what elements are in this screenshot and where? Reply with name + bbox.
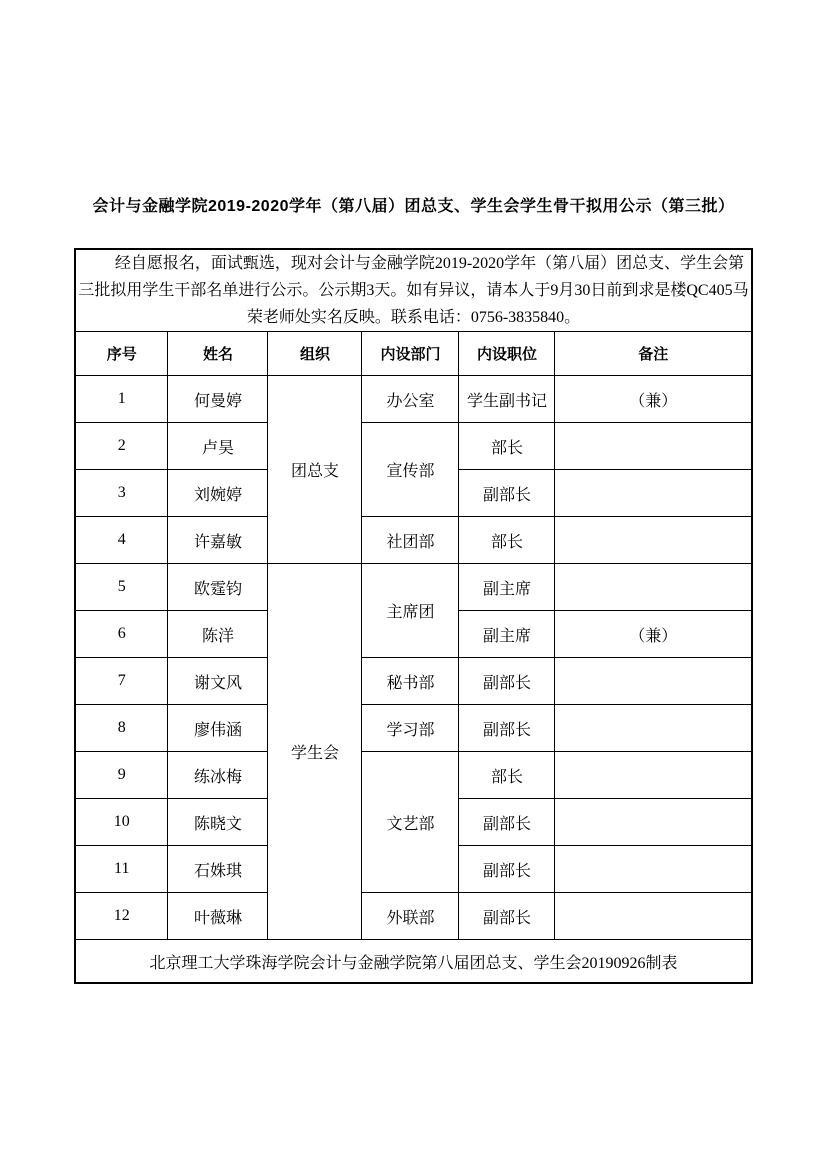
cell-note — [555, 799, 752, 846]
roster-table: 经自愿报名，面试甄选，现对会计与金融学院2019-2020学年（第八届）团总支、… — [74, 248, 753, 984]
col-header-name: 姓名 — [168, 332, 268, 376]
cell-no: 6 — [75, 611, 168, 658]
cell-name: 谢文风 — [168, 658, 268, 705]
cell-no: 5 — [75, 564, 168, 611]
cell-note — [555, 705, 752, 752]
cell-no: 12 — [75, 893, 168, 940]
cell-dept: 宣传部 — [362, 423, 459, 517]
cell-position: 副部长 — [459, 658, 555, 705]
intro-paragraph: 经自愿报名，面试甄选，现对会计与金融学院2019-2020学年（第八届）团总支、… — [75, 249, 752, 332]
cell-dept: 学习部 — [362, 705, 459, 752]
cell-org: 学生会 — [268, 564, 362, 940]
cell-position: 副部长 — [459, 705, 555, 752]
cell-name: 卢昊 — [168, 423, 268, 470]
page-title: 会计与金融学院2019-2020学年（第八届）团总支、学生会学生骨干拟用公示（第… — [0, 196, 827, 217]
cell-note: （兼） — [555, 611, 752, 658]
table-row: 1 何曼婷 团总支 办公室 学生副书记 （兼） — [75, 376, 752, 423]
table-footer: 北京理工大学珠海学院会计与金融学院第八届团总支、学生会20190926制表 — [75, 940, 752, 984]
cell-note — [555, 423, 752, 470]
table-row: 4 许嘉敏 社团部 部长 — [75, 517, 752, 564]
cell-no: 8 — [75, 705, 168, 752]
cell-name: 陈洋 — [168, 611, 268, 658]
document-page: 会计与金融学院2019-2020学年（第八届）团总支、学生会学生骨干拟用公示（第… — [0, 0, 827, 1169]
cell-position: 副部长 — [459, 846, 555, 893]
cell-name: 叶薇琳 — [168, 893, 268, 940]
table-row: 9 练冰梅 文艺部 部长 — [75, 752, 752, 799]
cell-name: 许嘉敏 — [168, 517, 268, 564]
col-header-position: 内设职位 — [459, 332, 555, 376]
cell-no: 9 — [75, 752, 168, 799]
cell-note: （兼） — [555, 376, 752, 423]
cell-no: 11 — [75, 846, 168, 893]
cell-position: 副主席 — [459, 564, 555, 611]
cell-name: 欧霆钧 — [168, 564, 268, 611]
cell-position: 副部长 — [459, 799, 555, 846]
cell-dept: 办公室 — [362, 376, 459, 423]
col-header-no: 序号 — [75, 332, 168, 376]
table-row: 8 廖伟涵 学习部 副部长 — [75, 705, 752, 752]
cell-note — [555, 893, 752, 940]
cell-note — [555, 846, 752, 893]
cell-dept: 主席团 — [362, 564, 459, 658]
col-header-dept: 内设部门 — [362, 332, 459, 376]
cell-name: 石姝琪 — [168, 846, 268, 893]
cell-no: 2 — [75, 423, 168, 470]
cell-note — [555, 752, 752, 799]
cell-no: 4 — [75, 517, 168, 564]
cell-name: 练冰梅 — [168, 752, 268, 799]
cell-position: 部长 — [459, 752, 555, 799]
table-row: 12 叶薇琳 外联部 副部长 — [75, 893, 752, 940]
cell-name: 何曼婷 — [168, 376, 268, 423]
cell-name: 刘婉婷 — [168, 470, 268, 517]
col-header-note: 备注 — [555, 332, 752, 376]
footer-row: 北京理工大学珠海学院会计与金融学院第八届团总支、学生会20190926制表 — [75, 940, 752, 984]
cell-name: 廖伟涵 — [168, 705, 268, 752]
cell-note — [555, 564, 752, 611]
col-header-org: 组织 — [268, 332, 362, 376]
cell-note — [555, 517, 752, 564]
cell-dept: 社团部 — [362, 517, 459, 564]
cell-position: 部长 — [459, 517, 555, 564]
cell-dept: 文艺部 — [362, 752, 459, 893]
cell-position: 副部长 — [459, 893, 555, 940]
table-row: 5 欧霆钧 学生会 主席团 副主席 — [75, 564, 752, 611]
cell-position: 副主席 — [459, 611, 555, 658]
cell-no: 10 — [75, 799, 168, 846]
cell-note — [555, 470, 752, 517]
cell-note — [555, 658, 752, 705]
cell-no: 7 — [75, 658, 168, 705]
table-row: 7 谢文风 秘书部 副部长 — [75, 658, 752, 705]
cell-dept: 外联部 — [362, 893, 459, 940]
cell-position: 学生副书记 — [459, 376, 555, 423]
intro-row: 经自愿报名，面试甄选，现对会计与金融学院2019-2020学年（第八届）团总支、… — [75, 249, 752, 332]
cell-no: 1 — [75, 376, 168, 423]
cell-dept: 秘书部 — [362, 658, 459, 705]
cell-name: 陈晓文 — [168, 799, 268, 846]
cell-org: 团总支 — [268, 376, 362, 564]
header-row: 序号 姓名 组织 内设部门 内设职位 备注 — [75, 332, 752, 376]
cell-position: 副部长 — [459, 470, 555, 517]
cell-no: 3 — [75, 470, 168, 517]
table-row: 2 卢昊 宣传部 部长 — [75, 423, 752, 470]
cell-position: 部长 — [459, 423, 555, 470]
